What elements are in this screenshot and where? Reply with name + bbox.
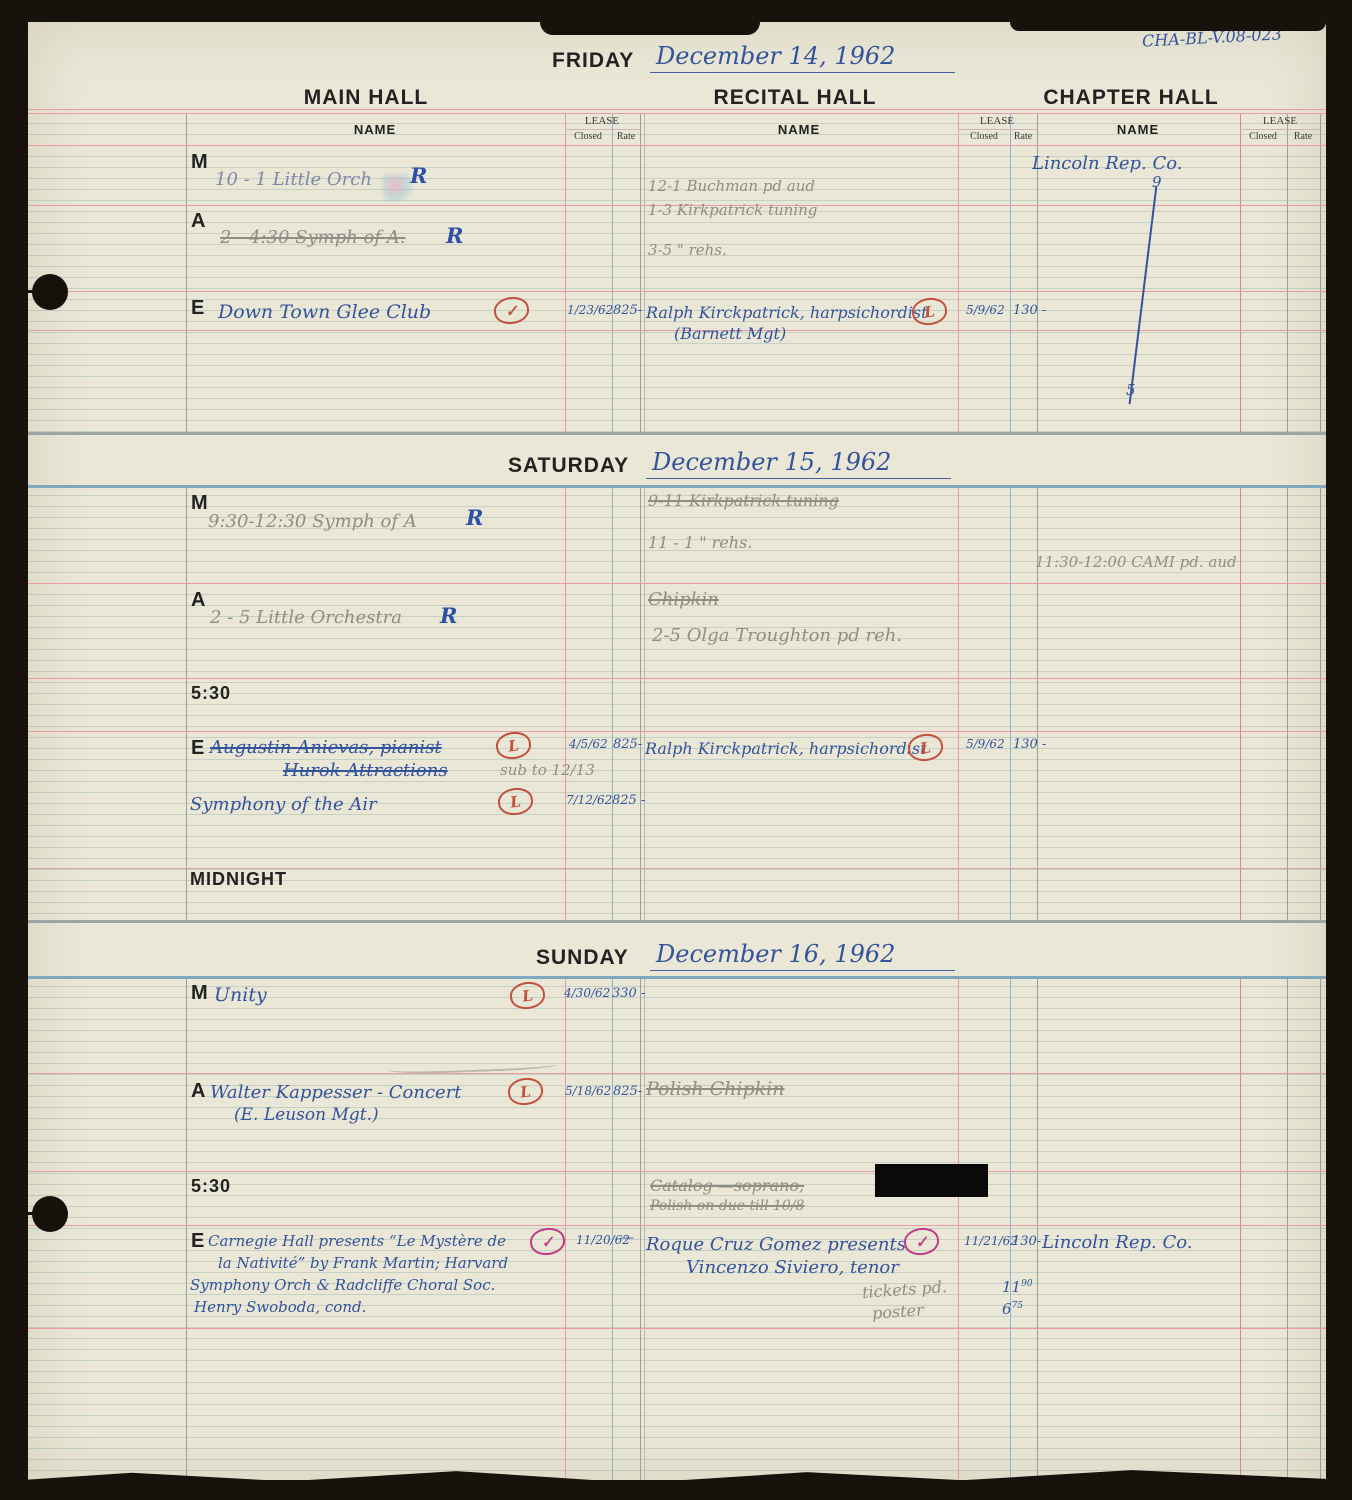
saturday-recital-afternoon-entry1-struck: Chipkin xyxy=(648,589,719,610)
friday-chapter-time-bracket-line xyxy=(1129,186,1158,405)
sunday-main-afternoon-closed-date: 5/18/62 xyxy=(565,1084,611,1098)
saturday-recital-evening-closed-date: 5/9/62 xyxy=(966,737,1005,751)
sunday-recital-evening-line2: Vincenzo Siviero, tenor xyxy=(686,1257,899,1278)
chapter-lease-header: LEASE xyxy=(1263,115,1297,127)
recital-name-header: NAME xyxy=(778,122,820,137)
main-closed-header: Closed xyxy=(574,131,602,142)
sunday-recital-evening-lease-check: ✓ xyxy=(902,1226,940,1258)
sunday-recital-afternoon-entry-struck: Polish Chipkin xyxy=(646,1078,784,1100)
sunday-recital-evening-rate: 130- xyxy=(1012,1234,1041,1249)
sunday-main-evening-line2: la Nativité” by Frank Martin; Harvard xyxy=(218,1254,508,1272)
sunday-main-morning-closed-date: 4/30/62 xyxy=(564,986,610,1000)
sunday-day-label: SUNDAY xyxy=(536,946,629,970)
saturday-chapter-morning-entry: 11:30-12:00 CAMI pd. aud xyxy=(1035,553,1237,571)
sunday-recital-530-entry1-struck: Catalog —soprano, xyxy=(650,1176,804,1195)
sunday-recital-amount1: 1190 xyxy=(1002,1278,1033,1296)
saturday-main-evening1-rate: 825- xyxy=(613,737,642,752)
sunday-recital-evening-closed-date: 11/21/62 xyxy=(964,1234,1018,1248)
friday-row-a-label: A xyxy=(191,210,206,233)
friday-recital-schedule-2: 1-3 Kirkpatrick tuning xyxy=(648,201,817,219)
friday-main-afternoon-r-mark: R xyxy=(446,223,463,248)
saturday-row-midnight-label: MIDNIGHT xyxy=(190,869,287,890)
sunday-main-evening-rate: — xyxy=(620,1230,634,1246)
sunday-main-morning-rate: 330 - xyxy=(612,986,645,1001)
saturday-row-m-label: M xyxy=(191,492,209,515)
sunday-recital-530-entry2-struck: Polish on due till 10/8 xyxy=(650,1198,804,1214)
sunday-row-m-label: M xyxy=(191,982,209,1005)
saturday-main-morning-r-mark: R xyxy=(466,505,483,530)
saturday-main-evening2-closed-date: 7/12/62 xyxy=(566,793,612,807)
saturday-recital-morning-entry2: 11 - 1 " rehs. xyxy=(648,533,752,552)
sunday-recital-tickets-note: tickets pd. xyxy=(861,1277,947,1302)
sunday-main-morning-lease-check: L xyxy=(508,980,546,1012)
saturday-main-afternoon-entry: 2 - 5 Little Orchestra xyxy=(210,607,402,628)
friday-main-evening-entry: Down Town Glee Club xyxy=(218,301,431,323)
friday-table: NAME NAME NAME LEASE LEASE LEASE Closed … xyxy=(28,113,1326,435)
sunday-recital-poster-note: poster xyxy=(871,1300,924,1323)
saturday-day-label: SATURDAY xyxy=(508,454,629,478)
friday-row-m-label: M xyxy=(191,151,209,174)
torn-edge-top-right xyxy=(1010,22,1326,31)
sunday-main-morning-entry: Unity xyxy=(214,984,267,1006)
saturday-main-evening1-lease-check: L xyxy=(494,730,532,762)
saturday-date-handwritten: December 15, 1962 xyxy=(646,448,951,479)
sunday-row-e-label: E xyxy=(191,1230,205,1253)
friday-recital-schedule-3: 3-5 " rehs. xyxy=(648,241,727,259)
sunday-table: M A 5:30 E Unity L 4/30/62 330 - Walter … xyxy=(28,976,1326,1480)
friday-date-handwritten: December 14, 1962 xyxy=(650,42,955,73)
sunday-main-evening-lease-check: ✓ xyxy=(528,1226,566,1258)
scanned-ledger-photo: { "meta": { "code": "CHA-BL-V.08-023" },… xyxy=(0,0,1352,1500)
friday-chapter-entry: Lincoln Rep. Co. xyxy=(1032,153,1182,174)
saturday-row-530-label: 5:30 xyxy=(191,683,231,704)
recital-closed-header: Closed xyxy=(970,131,998,142)
saturday-main-evening-entry2: Symphony of the Air xyxy=(190,794,377,815)
recital-rate-header: Rate xyxy=(1014,131,1032,142)
sunday-row-a-label: A xyxy=(191,1080,206,1103)
saturday-main-evening1-sub-note: sub to 12/13 xyxy=(500,761,595,779)
sunday-main-evening-line4: Henry Swoboda, cond. xyxy=(194,1298,366,1316)
saturday-recital-afternoon-entry2: 2-5 Olga Troughton pd reh. xyxy=(652,625,902,646)
friday-main-evening-lease-check: ✓ xyxy=(492,295,530,327)
friday-recital-evening-entry: Ralph Kirckpatrick, harpsichordist xyxy=(646,303,928,322)
main-hall-title: MAIN HALL xyxy=(304,86,428,110)
saturday-recital-evening-entry: Ralph Kirckpatrick, harpsichordist xyxy=(645,739,927,758)
chapter-name-header: NAME xyxy=(1117,122,1159,137)
main-name-header: NAME xyxy=(354,122,396,137)
saturday-row-a-label: A xyxy=(191,589,206,612)
hole-punch-bottom xyxy=(32,1196,68,1232)
chapter-closed-header: Closed xyxy=(1249,131,1277,142)
friday-main-evening-rate: 825- xyxy=(613,303,642,318)
chapter-hall-title: CHAPTER HALL xyxy=(1043,86,1218,110)
torn-edge-top xyxy=(540,22,760,35)
saturday-recital-evening-rate: 130 - xyxy=(1013,737,1046,752)
friday-main-evening-closed-date: 1/23/62 xyxy=(567,303,613,317)
friday-row-e-label: E xyxy=(191,297,205,320)
saturday-main-evening-entry1-struck: Augustin Anievas, pianist xyxy=(210,737,442,758)
friday-recital-schedule-1: 12-1 Buchman pd aud xyxy=(648,177,815,195)
friday-recital-evening-closed-date: 5/9/62 xyxy=(966,303,1005,317)
friday-day-label: FRIDAY xyxy=(552,49,634,73)
sunday-recital-evening-line1: Roque Cruz Gomez presents xyxy=(646,1234,906,1255)
sunday-main-afternoon-lease-check: L xyxy=(506,1076,544,1108)
friday-chapter-time-to: 5 xyxy=(1126,381,1136,399)
sunday-row-530-label: 5:30 xyxy=(191,1176,231,1197)
recital-hall-title: RECITAL HALL xyxy=(714,86,877,110)
saturday-table: M A 5:30 E MIDNIGHT 9:30-12:30 Symph of … xyxy=(28,485,1326,923)
sunday-date-handwritten: December 16, 1962 xyxy=(650,940,955,971)
sunday-main-afternoon-mgt: (E. Leuson Mgt.) xyxy=(234,1105,379,1125)
sunday-main-afternoon-entry: Walter Kappesser - Concert xyxy=(210,1082,462,1103)
saturday-row-e-label: E xyxy=(191,737,205,760)
sunday-chapter-evening-entry: Lincoln Rep. Co. xyxy=(1042,1232,1192,1253)
chapter-rate-header: Rate xyxy=(1294,131,1312,142)
ink-smudge xyxy=(383,175,413,201)
friday-recital-evening-rate: 130 - xyxy=(1013,303,1046,318)
main-rate-header: Rate xyxy=(617,131,635,142)
friday-recital-evening-lease-check: L xyxy=(910,296,948,328)
recital-lease-header: LEASE xyxy=(980,115,1014,127)
saturday-main-afternoon-r-mark: R xyxy=(440,603,457,628)
sunday-main-afternoon-rate: 825- xyxy=(613,1084,642,1099)
ledger-page: FRIDAY December 14, 1962 CHA-BL-V.08-023… xyxy=(28,22,1326,1480)
friday-main-afternoon-entry-struck: 2 - 4:30 Symph of A. xyxy=(220,227,405,248)
saturday-main-evening1-closed-date: 4/5/62 xyxy=(569,737,608,751)
redaction-box xyxy=(875,1164,988,1197)
saturday-recital-evening-lease-check: L xyxy=(906,732,944,764)
friday-main-morning-entry: 10 - 1 Little Orch xyxy=(215,169,372,190)
hole-punch-top xyxy=(32,274,68,310)
sunday-main-evening-line1: Carnegie Hall presents “Le Mystère de xyxy=(208,1232,506,1250)
saturday-recital-morning-entry1-struck: 9-11 Kirkpatrick tuning xyxy=(648,491,839,510)
sunday-recital-amount2: 675 xyxy=(1002,1300,1023,1318)
saturday-main-evening2-lease-check: L xyxy=(496,786,534,818)
sunday-main-evening-line3: Symphony Orch & Radcliffe Choral Soc. xyxy=(190,1276,495,1294)
saturday-main-morning-entry: 9:30-12:30 Symph of A xyxy=(208,511,417,532)
main-lease-header: LEASE xyxy=(585,115,619,127)
saturday-main-evening2-rate: 825 - xyxy=(612,793,645,808)
friday-recital-evening-mgt: (Barnett Mgt) xyxy=(674,324,786,343)
saturday-main-evening-entry1b-struck: Hurok Attractions xyxy=(283,760,448,781)
